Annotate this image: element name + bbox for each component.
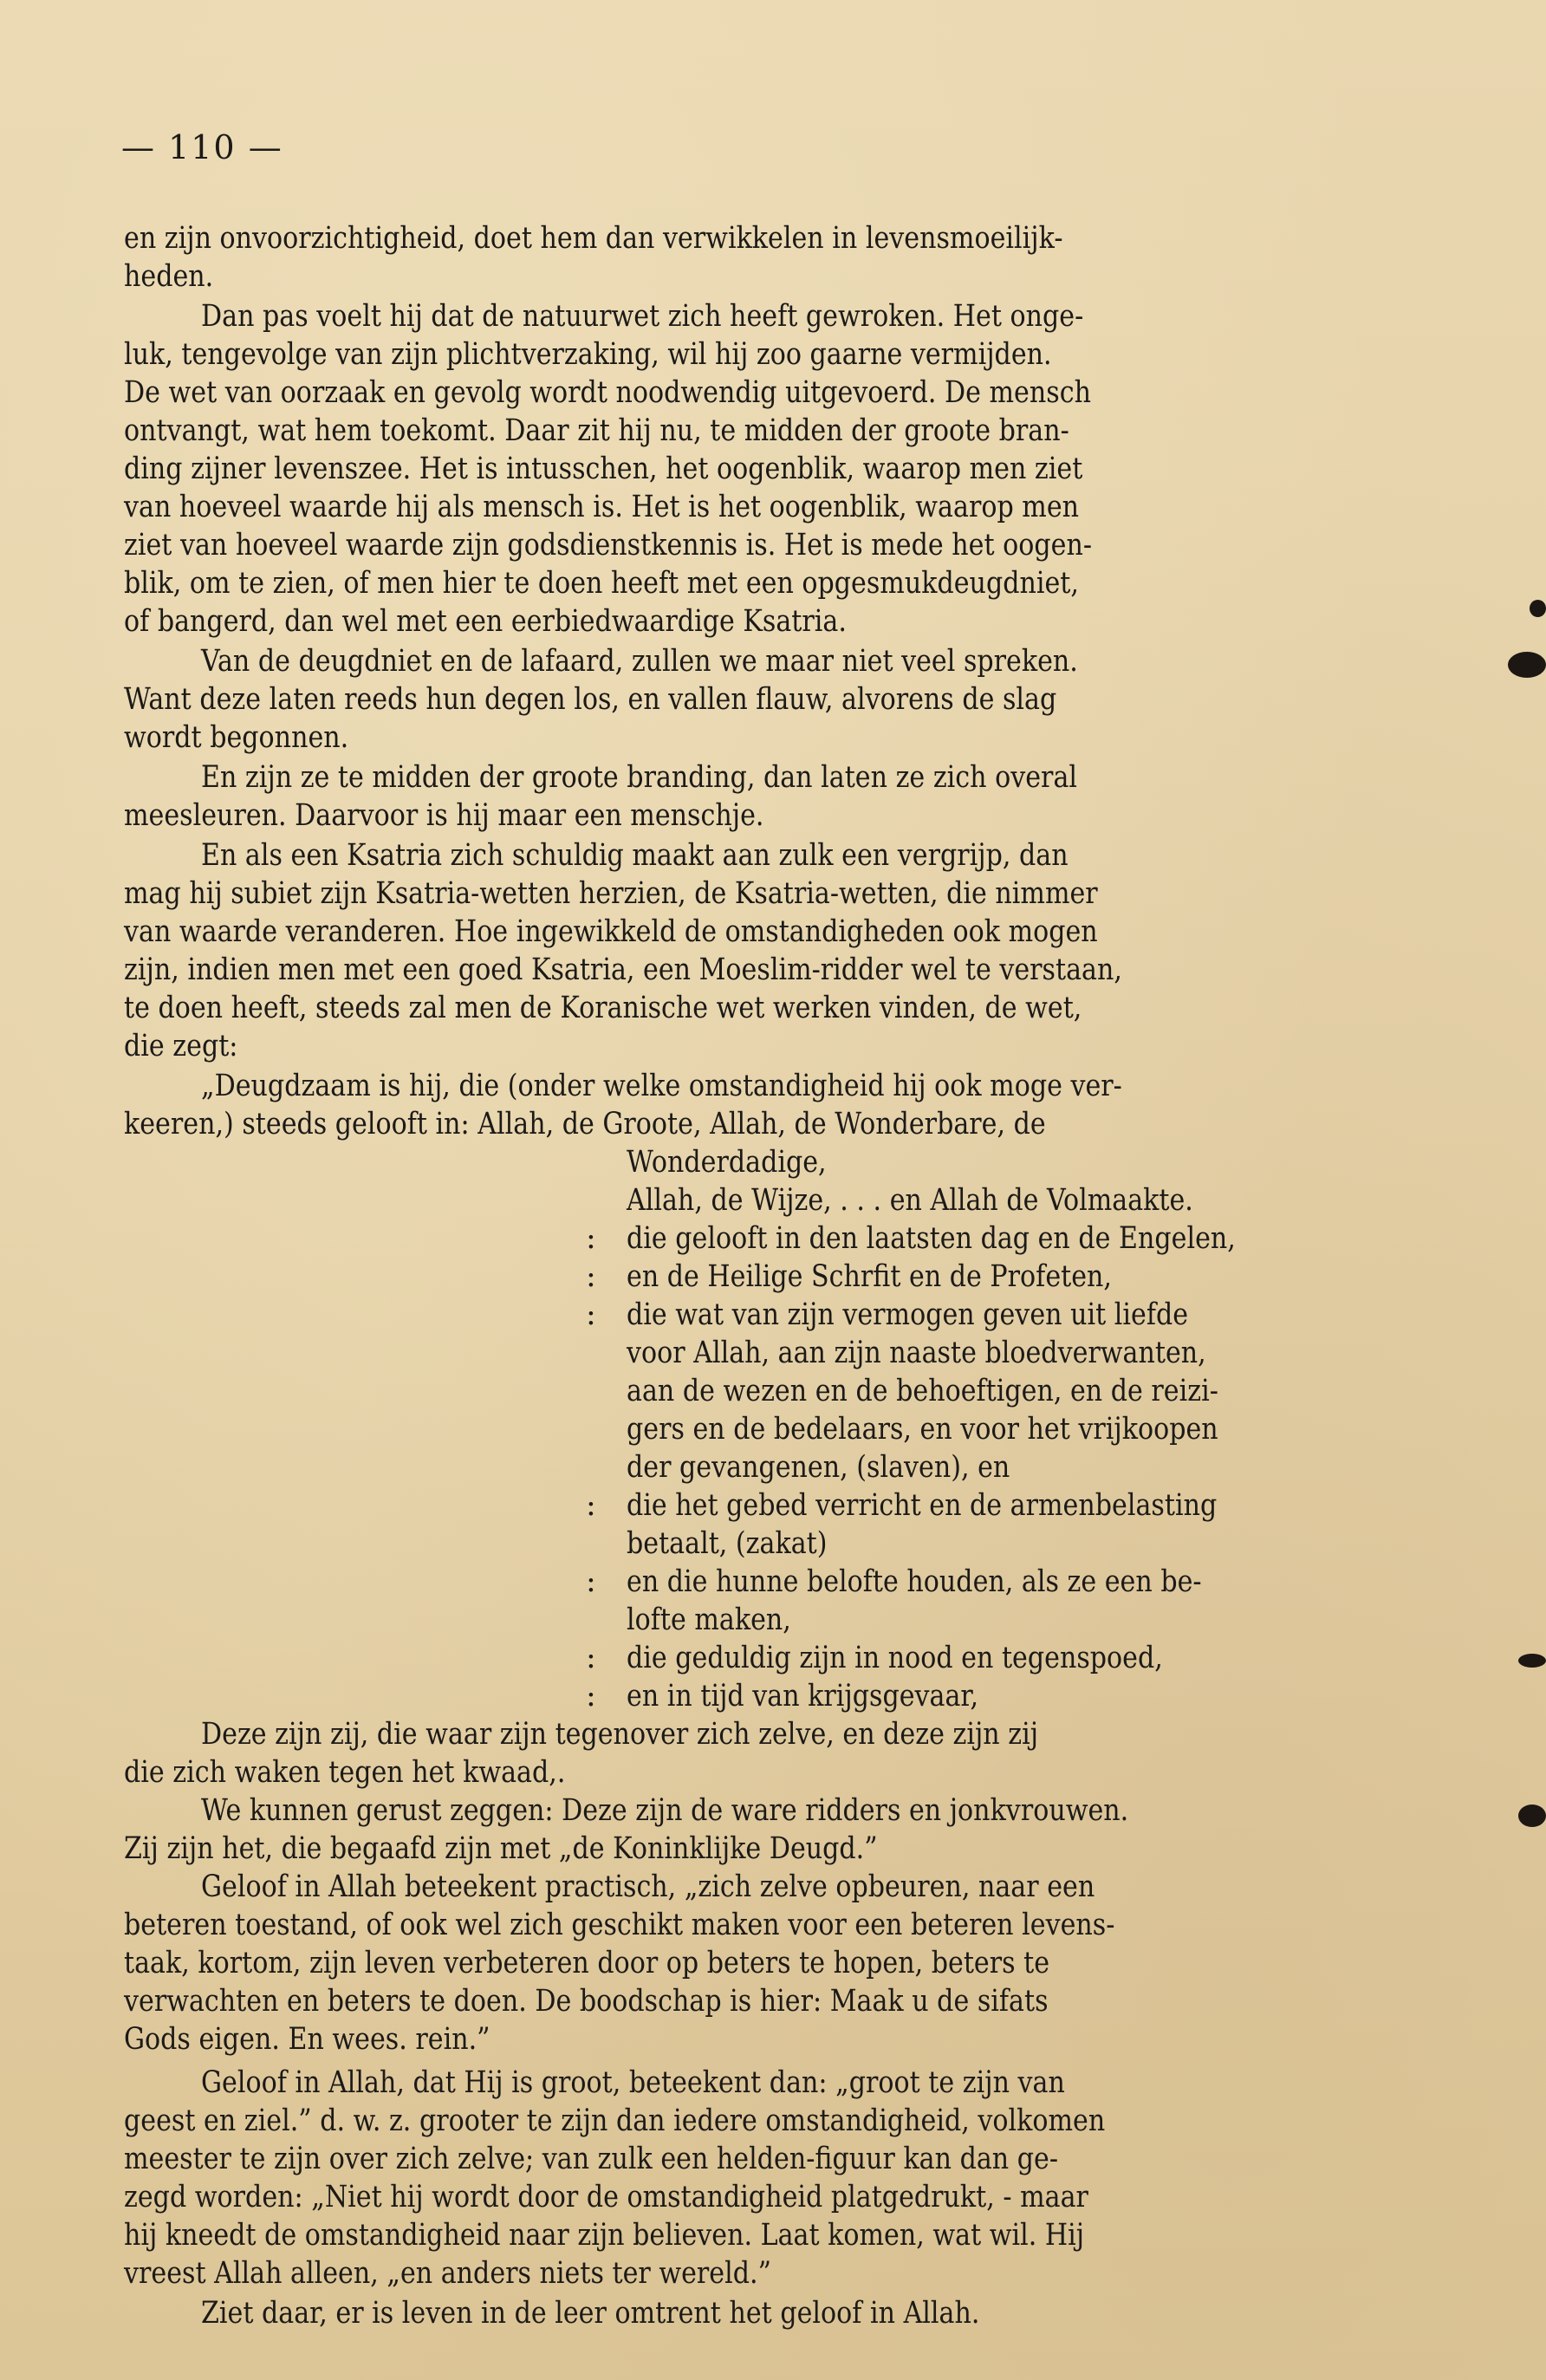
list-colon-marker: : <box>586 1296 596 1334</box>
text-line: Geloof in Allah beteekent practisch, „zi… <box>201 1868 1254 1906</box>
creed-list-item: Allah, de Wijze, . . . en Allah de Volma… <box>627 1181 1314 1219</box>
text-line: Want deze laten reeds hun degen los, en … <box>124 680 1244 719</box>
ink-blot-2 <box>1508 652 1546 678</box>
text-line: geest en ziel.” d. w. z. grooter te zijn… <box>124 2102 1244 2140</box>
text-line: ding zijner levenszee. Het is intusschen… <box>124 450 1244 488</box>
ink-blot-3 <box>1518 1654 1546 1668</box>
text-line: wordt begonnen. <box>124 719 1244 757</box>
text-line: Zij zijn het, die begaafd zijn met „de K… <box>124 1830 1244 1868</box>
list-colon-marker: : <box>586 1486 596 1525</box>
creed-list-item: die geduldig zijn in nood en tegenspoed, <box>627 1639 1314 1677</box>
text-line: Dan pas voelt hij dat de natuurwet zich … <box>201 297 1254 335</box>
list-colon-marker: : <box>586 1219 596 1258</box>
creed-list-item: die gelooft in den laatsten dag en de En… <box>627 1219 1314 1258</box>
creed-list-item: betaalt, (zakat) <box>627 1525 1314 1563</box>
text-line: Gods eigen. En wees. rein.” <box>124 2020 1244 2058</box>
text-line: Geloof in Allah, dat Hij is groot, betee… <box>201 2064 1254 2102</box>
text-line: van hoeveel waarde hij als mensch is. He… <box>124 488 1244 526</box>
text-line: van waarde veranderen. Hoe ingewikkeld d… <box>124 913 1244 951</box>
text-line: blik, om te zien, of men hier te doen he… <box>124 564 1244 602</box>
creed-list-item: lofte maken, <box>627 1601 1314 1639</box>
text-line: ontvangt, wat hem toekomt. Daar zit hij … <box>124 412 1244 450</box>
text-line: heden. <box>124 257 1244 296</box>
text-line: vreest Allah alleen, „en anders niets te… <box>124 2254 1244 2292</box>
text-line: te doen heeft, steeds zal men de Koranis… <box>124 989 1244 1027</box>
text-line: luk, tengevolge van zijn plichtverzaking… <box>124 335 1244 374</box>
text-line: mag hij subiet zijn Ksatria-wetten herzi… <box>124 875 1244 913</box>
text-line: Deze zijn zij, die waar zijn tegenover z… <box>201 1715 1254 1753</box>
creed-list-item: die wat van zijn vermogen geven uit lief… <box>627 1296 1314 1334</box>
creed-list-item: der gevangenen, (slaven), en <box>627 1448 1314 1486</box>
creed-list-item: voor Allah, aan zijn naaste bloedverwant… <box>627 1334 1314 1372</box>
text-line: En als een Ksatria zich schuldig maakt a… <box>201 836 1254 875</box>
page-number: — 110 — <box>121 128 283 166</box>
text-line: „Deugdzaam is hij, die (onder welke omst… <box>201 1067 1254 1105</box>
text-line: meester te zijn over zich zelve; van zul… <box>124 2140 1244 2178</box>
text-line: hij kneedt de omstandigheid naar zijn be… <box>124 2216 1244 2254</box>
text-line: beteren toestand, of ook wel zich geschi… <box>124 1906 1244 1944</box>
creed-list-item: gers en de bedelaars, en voor het vrijko… <box>627 1410 1314 1448</box>
text-line: of bangerd, dan wel met een eerbiedwaard… <box>124 602 1244 641</box>
list-colon-marker: : <box>586 1677 596 1715</box>
text-line: Van de deugdniet en de lafaard, zullen w… <box>201 642 1254 680</box>
creed-list-item: Wonderdadige, <box>627 1143 1314 1181</box>
list-colon-marker: : <box>586 1258 596 1296</box>
text-line: en zijn onvoorzichtigheid, doet hem dan … <box>124 219 1244 257</box>
ink-blot-1 <box>1530 600 1546 617</box>
text-line: En zijn ze te midden der groote branding… <box>201 758 1254 797</box>
text-line: We kunnen gerust zeggen: Deze zijn de wa… <box>201 1792 1254 1830</box>
text-line: die zich waken tegen het kwaad,. <box>124 1753 1244 1792</box>
creed-list-item: en die hunne belofte houden, als ze een … <box>627 1563 1314 1601</box>
book-page: — 110 — en zijn onvoorzichtigheid, doet … <box>0 0 1546 2380</box>
text-line: die zegt: <box>124 1027 1244 1065</box>
text-line: taak, kortom, zijn leven verbeteren door… <box>124 1944 1244 1982</box>
creed-list-item: en de Heilige Schrfit en de Profeten, <box>627 1258 1314 1296</box>
list-colon-marker: : <box>586 1639 596 1677</box>
text-line: verwachten en beters te doen. De boodsch… <box>124 1982 1244 2020</box>
creed-list-item: aan de wezen en de behoeftigen, en de re… <box>627 1372 1314 1410</box>
list-colon-marker: : <box>586 1563 596 1601</box>
text-line: Ziet daar, er is leven in de leer omtren… <box>201 2294 1254 2332</box>
creed-list-item: en in tijd van krijgsgevaar, <box>627 1677 1314 1715</box>
text-line: ziet van hoeveel waarde zijn godsdienstk… <box>124 526 1244 564</box>
text-line: keeren,) steeds gelooft in: Allah, de Gr… <box>124 1105 1244 1143</box>
creed-list-item: die het gebed verricht en de armenbelast… <box>627 1486 1314 1525</box>
text-line: zegd worden: „Niet hij wordt door de oms… <box>124 2178 1244 2216</box>
ink-blot-4 <box>1518 1805 1546 1827</box>
text-line: De wet van oorzaak en gevolg wordt noodw… <box>124 374 1244 412</box>
text-line: zijn, indien men met een goed Ksatria, e… <box>124 951 1244 989</box>
text-line: meesleuren. Daarvoor is hij maar een men… <box>124 797 1244 835</box>
